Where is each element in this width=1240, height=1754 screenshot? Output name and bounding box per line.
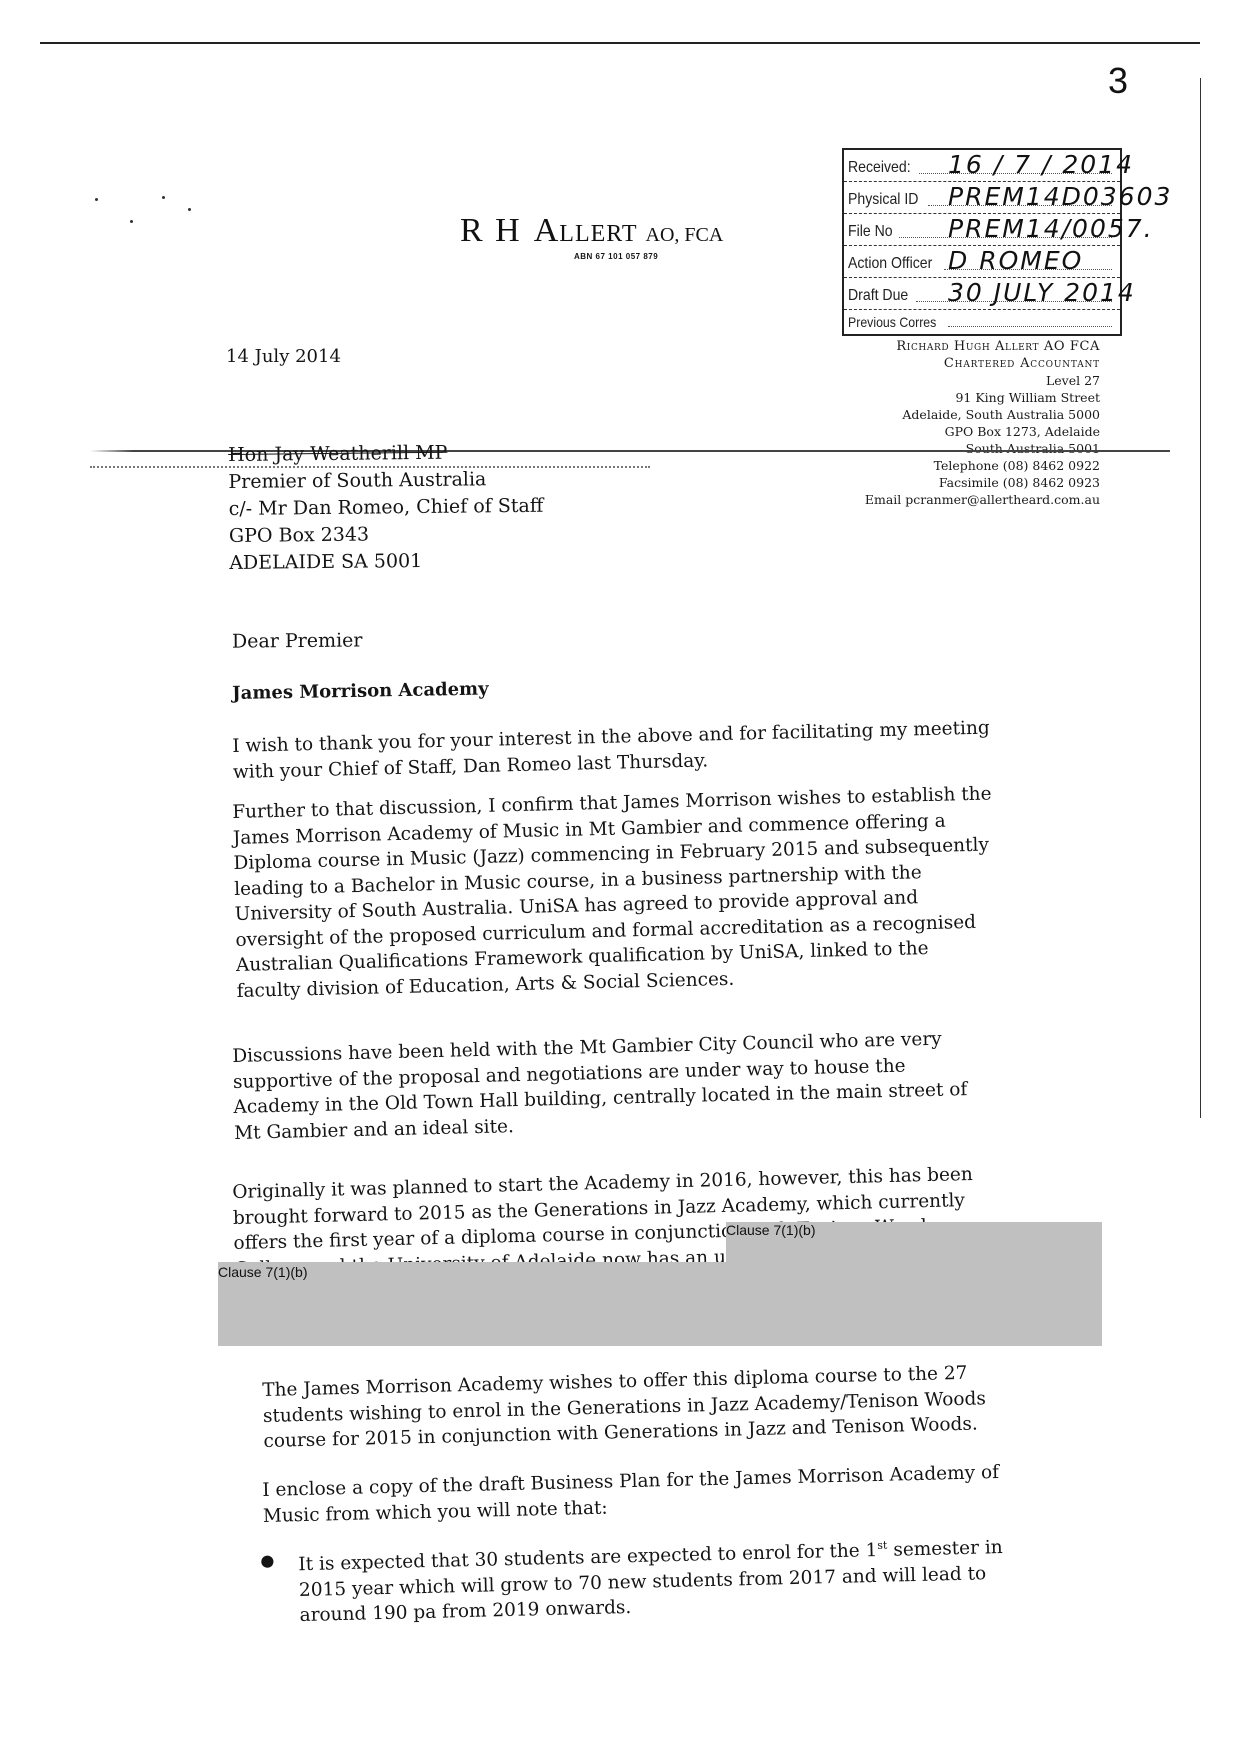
firm-address-block: Richard Hugh Allert AO FCA Chartered Acc… <box>865 338 1100 508</box>
bullet-item: ● It is expected that 30 students are ex… <box>260 1529 1022 1629</box>
paragraph: I enclose a copy of the draft Business P… <box>262 1459 1023 1529</box>
firm-line: GPO Box 1273, Adelaide <box>865 423 1100 440</box>
firm-line: 91 King William Street <box>865 389 1100 406</box>
stamp-label: Physical ID <box>848 191 918 209</box>
paragraph-text: Further to that discussion, I confirm th… <box>232 781 997 1004</box>
paragraph-text: The James Morrison Academy wishes to off… <box>262 1359 1024 1454</box>
paragraph: Discussions have been held with the Mt G… <box>232 1025 994 1146</box>
scan-speck <box>162 196 165 199</box>
bullet-icon: ● <box>260 1547 300 1630</box>
recipient-line: ADELAIDE SA 5001 <box>229 547 544 577</box>
letterhead-surname: Allert <box>534 212 638 249</box>
recipient-address: Hon Jay Weatherill MP Premier of South A… <box>228 439 544 577</box>
page-number: 3 <box>1108 60 1128 102</box>
stamp-row-action-officer: Action Officer D ROMEO <box>844 246 1120 278</box>
top-rule <box>40 42 1200 44</box>
recipient-name: Hon Jay Weatherill MP <box>228 439 543 469</box>
stamp-value: PREM14D03603 <box>948 182 1172 211</box>
stamp-row-received: Received: 16 / 7 / 2014 <box>844 150 1120 182</box>
redaction-label: Clause 7(1)(b) <box>218 1264 307 1280</box>
paragraph-text: I enclose a copy of the draft Business P… <box>262 1459 1023 1529</box>
margin-line <box>1200 78 1201 1118</box>
stamp-label: Received: <box>848 159 911 177</box>
redaction-label: Clause 7(1)(b) <box>726 1222 815 1238</box>
recipient-line: c/- Mr Dan Romeo, Chief of Staff <box>229 493 544 523</box>
stamp-row-previous-corres: Previous Corres <box>844 310 1120 336</box>
recipient-line: Premier of South Australia <box>228 466 543 496</box>
stamp-row-draft-due: Draft Due 30 JULY 2014 <box>844 278 1120 310</box>
firm-line: South Australia 5001 <box>865 440 1100 457</box>
paragraph: The James Morrison Academy wishes to off… <box>262 1359 1024 1454</box>
firm-name: Richard Hugh Allert AO FCA <box>865 338 1100 355</box>
stamp-value: D ROMEO <box>948 246 1083 275</box>
stamp-row-file-no: File No PREM14/0057. <box>844 214 1120 246</box>
stamp-label: File No <box>848 223 893 241</box>
letterhead: R HAllertAO, FCA <box>460 212 723 250</box>
salutation: Dear Premier <box>232 629 363 652</box>
firm-telephone: Telephone (08) 8462 0922 <box>865 457 1100 474</box>
paragraph: I wish to thank you for your interest in… <box>232 715 993 785</box>
stamp-row-physical-id: Physical ID PREM14D03603 <box>844 182 1120 214</box>
scan-speck <box>130 220 133 223</box>
paragraph: Further to that discussion, I confirm th… <box>232 781 997 1004</box>
stamp-value: PREM14/0057. <box>948 214 1154 243</box>
received-stamp: Received: 16 / 7 / 2014 Physical ID PREM… <box>842 148 1122 336</box>
stamp-label: Draft Due <box>848 287 908 305</box>
stamp-label: Action Officer <box>848 255 932 273</box>
recipient-line: GPO Box 2343 <box>229 520 544 550</box>
scan-speck <box>188 208 191 211</box>
bullet-text: It is expected that 30 students are expe… <box>298 1529 1022 1628</box>
redaction-box <box>218 1262 1102 1346</box>
paragraph-text: Discussions have been held with the Mt G… <box>232 1025 994 1146</box>
firm-role: Chartered Accountant <box>865 355 1100 372</box>
stamp-value: 16 / 7 / 2014 <box>948 150 1134 179</box>
firm-email: Email pcranmer@allertheard.com.au <box>865 491 1100 508</box>
scan-speck <box>95 198 98 201</box>
stamp-value: 30 JULY 2014 <box>948 278 1136 307</box>
letter-date: 14 July 2014 <box>226 346 341 367</box>
abn: ABN 67 101 057 879 <box>574 252 658 261</box>
paragraph-text: I wish to thank you for your interest in… <box>232 715 993 785</box>
letterhead-initials: R H <box>460 212 522 249</box>
letterhead-postnominals: AO, FCA <box>646 224 724 246</box>
firm-line: Adelaide, South Australia 5000 <box>865 406 1100 423</box>
firm-line: Level 27 <box>865 372 1100 389</box>
subject-heading: James Morrison Academy <box>232 679 489 704</box>
firm-facsimile: Facsimile (08) 8462 0923 <box>865 474 1100 491</box>
stamp-label: Previous Corres <box>848 314 936 330</box>
